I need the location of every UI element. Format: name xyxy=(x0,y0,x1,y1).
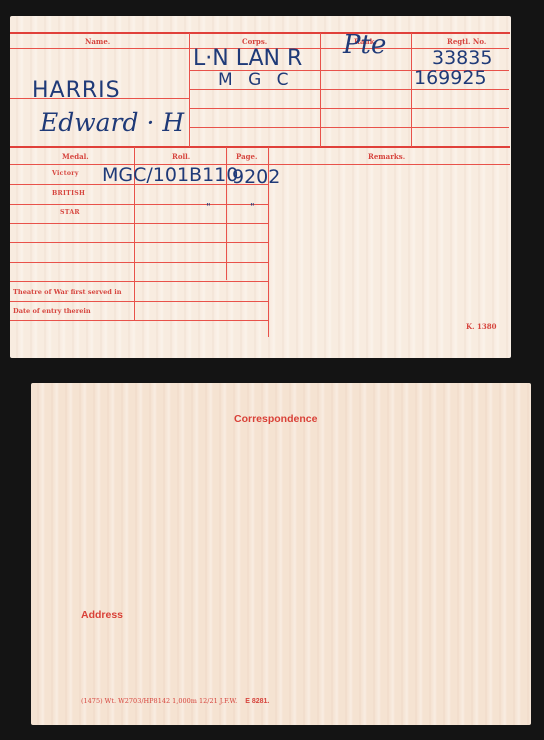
medal-header: Medal. xyxy=(62,152,89,161)
address-label: Address xyxy=(81,609,123,621)
medal-header-rule xyxy=(10,164,510,165)
corps-column-divider xyxy=(189,33,190,147)
regtl-column-divider xyxy=(411,33,412,147)
theatre-row-rule xyxy=(10,301,268,302)
row-rule xyxy=(189,108,509,109)
medal-row-rule xyxy=(10,223,268,224)
correspondence-label: Correspondence xyxy=(234,413,317,425)
medal-row-rule xyxy=(10,281,268,282)
printer-imprint: (1475) Wt. W2703/HP8142 1,000m 12/21 J.F… xyxy=(81,697,269,705)
printer-code: E 8281. xyxy=(245,698,269,705)
theatre-of-war-label: Theatre of War first served in xyxy=(13,288,122,296)
medal-index-card-back: Correspondence Address (1475) Wt. W2703/… xyxy=(31,383,531,725)
section-divider xyxy=(10,146,510,148)
british-page-ditto: " xyxy=(250,202,255,213)
medal-row-rule xyxy=(10,204,268,205)
medal-star-label: Star xyxy=(60,209,80,216)
rank-column-divider xyxy=(320,33,321,147)
medal-index-card-front: Name. Corps. Rank. Regtl. No. HARRIS Edw… xyxy=(10,16,511,358)
regtl-no-entry-1: 33835 xyxy=(432,47,492,69)
date-row-rule xyxy=(10,320,268,321)
british-roll-ditto: " xyxy=(206,202,211,213)
medal-row-rule xyxy=(10,242,268,243)
name-header-rule xyxy=(10,48,189,49)
victory-page-entry: 9202 xyxy=(232,166,280,188)
roll-header: Roll. xyxy=(172,152,190,161)
medal-row-rule xyxy=(10,262,268,263)
page-header: Page. xyxy=(236,152,257,161)
corps-header: Corps. xyxy=(242,37,267,46)
regtl-no-header: Regtl. No. xyxy=(447,37,486,46)
forenames-entry: Edward · H xyxy=(40,108,184,137)
regtl-no-entry-2: 169925 xyxy=(414,67,487,89)
form-number: K. 1380 xyxy=(466,322,496,331)
remarks-header: Remarks. xyxy=(368,152,405,161)
corps-entry-1: L·N LAN R xyxy=(193,46,302,71)
date-of-entry-label: Date of entry therein xyxy=(13,307,91,315)
top-rule xyxy=(10,32,510,34)
medal-victory-label: Victory xyxy=(52,170,79,177)
corps-entry-2: M G C xyxy=(218,70,294,90)
name-header: Name. xyxy=(85,37,110,46)
printer-line: (1475) Wt. W2703/HP8142 1,000m 12/21 J.F… xyxy=(81,697,237,705)
row-rule xyxy=(189,127,509,128)
surname-entry: HARRIS xyxy=(32,78,121,103)
victory-roll-entry: MGC/101B110 xyxy=(102,164,238,186)
medal-british-label: British xyxy=(52,190,85,197)
rank-entry: Pte xyxy=(343,30,386,60)
